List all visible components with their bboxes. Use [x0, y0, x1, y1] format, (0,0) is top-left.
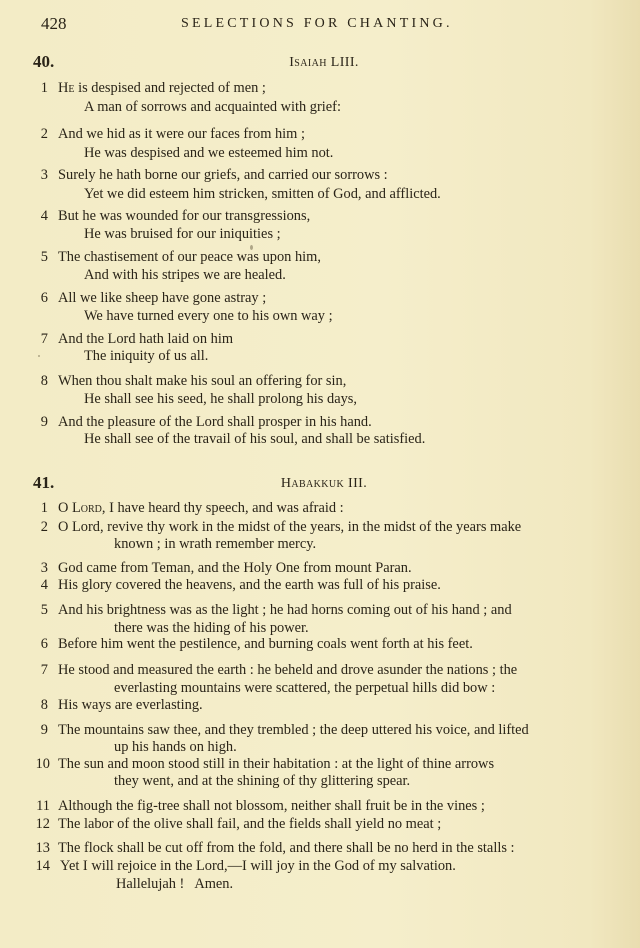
- verse-continuation: everlasting mountains were scattered, th…: [114, 680, 495, 697]
- verse-text: The flock shall be cut off from the fold…: [58, 840, 515, 857]
- scan-speck: [38, 355, 40, 357]
- verse-text: Although the fig-tree shall not blossom,…: [58, 798, 485, 815]
- running-title: Selections for Chanting.: [181, 16, 453, 32]
- verse-text: Yet I will rejoice in the Lord,—I will j…: [60, 858, 456, 875]
- verse-text: God came from Teman, and the Holy One fr…: [58, 560, 412, 577]
- verse-continuation: up his hands on high.: [114, 739, 237, 756]
- verse-text: And his brightness was as the light ; he…: [58, 602, 512, 619]
- verse-text: When thou shalt make his soul an offerin…: [58, 373, 346, 390]
- book-page: 428 Selections for Chanting. 40. Isaiah …: [0, 0, 640, 948]
- page-number: 428: [41, 14, 67, 34]
- verse-continuation: We have turned every one to his own way …: [84, 308, 333, 325]
- verse-continuation: He was despised and we esteemed him not.: [84, 145, 333, 162]
- verse-text: His ways are everlasting.: [58, 697, 203, 714]
- verse-text: , I have heard thy speech, and was afrai…: [102, 500, 344, 516]
- verse-text: Surely he hath borne our griefs, and car…: [58, 167, 388, 184]
- verse-continuation: He shall see his seed, he shall prolong …: [84, 391, 357, 408]
- verse-lead-word: Lord: [72, 500, 102, 516]
- verse-text: Before him went the pestilence, and burn…: [58, 636, 473, 653]
- verse-continuation: there was the hiding of his power.: [114, 620, 309, 637]
- verse-continuation: And with his stripes we are healed.: [84, 267, 286, 284]
- running-head: 428 Selections for Chanting.: [0, 14, 640, 38]
- verse-text: But he was wounded for our transgression…: [58, 208, 310, 225]
- verse-text: And we hid as it were our faces from him…: [58, 126, 305, 143]
- verse-text: And the Lord hath laid on him: [58, 331, 233, 348]
- verse-text: The mountains saw thee, and they tremble…: [58, 722, 529, 739]
- verse-text: is despised and rejected of men ;: [75, 80, 266, 96]
- verse-lead-word: He: [58, 80, 75, 96]
- verse-text: The labor of the olive shall fail, and t…: [58, 816, 441, 833]
- verse-text: O Lord, revive thy work in the midst of …: [58, 519, 521, 536]
- verse-continuation: He was bruised for our iniquities ;: [84, 226, 281, 243]
- verse-text: The sun and moon stood still in their ha…: [58, 756, 494, 773]
- verse-continuation: Hallelujah ! Amen.: [116, 876, 233, 893]
- verse-continuation: Yet we did esteem him stricken, smitten …: [84, 186, 441, 203]
- verse-text: And the pleasure of the Lord shall prosp…: [58, 414, 372, 431]
- verse-continuation: A man of sorrows and acquainted with gri…: [84, 99, 341, 116]
- verse-continuation: He shall see of the travail of his soul,…: [84, 431, 425, 448]
- verse-continuation: The iniquity of us all.: [84, 348, 208, 365]
- verse-text: The chastisement of our peace was upon h…: [58, 249, 321, 266]
- scan-speck: [250, 245, 253, 250]
- section-title: Isaiah LIII.: [0, 55, 640, 71]
- verse-text: He stood and measured the earth : he beh…: [58, 662, 517, 679]
- verse-text: All we like sheep have gone astray ;: [58, 290, 266, 307]
- verse-continuation: known ; in wrath remember mercy.: [114, 536, 316, 553]
- verse-text: His glory covered the heavens, and the e…: [58, 577, 441, 594]
- section-title: Habakkuk III.: [0, 476, 640, 492]
- verse-number: 1: [32, 80, 48, 97]
- verse-continuation: they went, and at the shining of thy gli…: [114, 773, 410, 790]
